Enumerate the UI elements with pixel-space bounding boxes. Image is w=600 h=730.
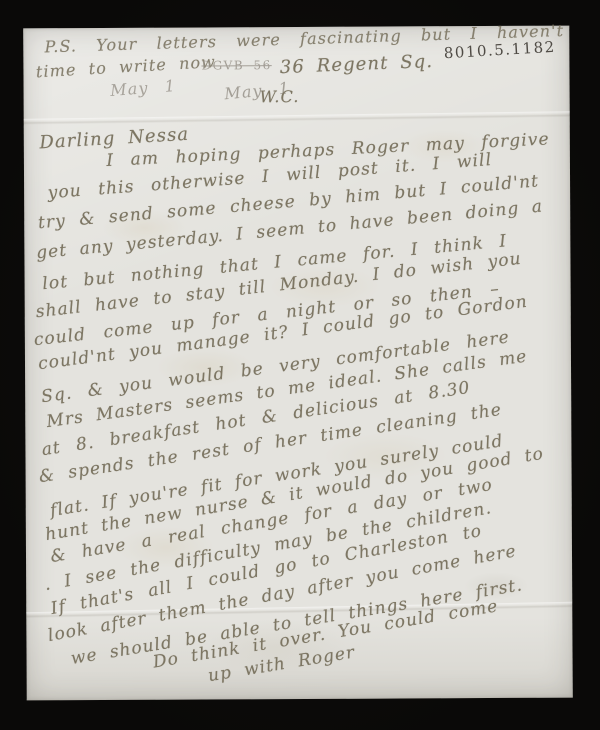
- address-line2: W.C.: [260, 87, 300, 106]
- photo-background: P.S. Your letters were fascinating but I…: [0, 0, 600, 730]
- fold-crease-top: [24, 111, 570, 125]
- ps-note-line2: time to write now: [35, 52, 216, 81]
- date-annotation-left: May 1: [110, 76, 177, 100]
- address-line1: 36 Regent Sq.: [279, 51, 433, 78]
- letter-paper: P.S. Your letters were fascinating but I…: [23, 26, 573, 701]
- archive-stamp: DGVB 56: [201, 58, 271, 72]
